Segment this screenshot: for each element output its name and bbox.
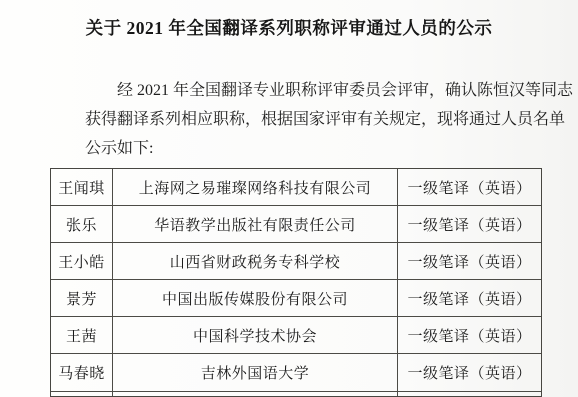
document-title: 关于 2021 年全国翻译系列职称评审通过人员的公示 — [0, 15, 578, 40]
approved-personnel-table: 王闻琪 上海网之易璀璨网络科技有限公司 一级笔译（英语） 张乐 华语教学出版社有… — [50, 168, 542, 397]
table-cell-name: 景芳 — [51, 280, 113, 317]
table-cell-name: 王闻琪 — [51, 169, 113, 206]
table-cell-organization: 吉林外国语大学 — [113, 354, 398, 391]
table-cell-title-awarded: 一级笔译（英语） — [398, 317, 541, 354]
table-cell-name: 王茜 — [51, 317, 113, 354]
table-cell-name: 马春晓 — [51, 354, 113, 391]
announcement-body: 经 2021 年全国翻译专业职称评审委员会评审，确认陈恒汉等同志 获得翻译系列相… — [85, 76, 505, 163]
table-partial-row-cell — [398, 392, 541, 396]
table-cell-organization: 中国科学技术协会 — [113, 317, 398, 354]
table-cell-title-awarded: 一级笔译（英语） — [398, 243, 541, 280]
scanned-announcement-page: 关于 2021 年全国翻译系列职称评审通过人员的公示 经 2021 年全国翻译专… — [0, 0, 578, 397]
table-cell-name: 王小皓 — [51, 243, 113, 280]
paragraph-line-2: 获得翻译系列相应职称，根据国家评审有关规定，现将通过人员名单 — [85, 105, 505, 134]
table-cell-organization: 上海网之易璀璨网络科技有限公司 — [113, 169, 398, 206]
table-cell-organization: 华语教学出版社有限责任公司 — [113, 206, 398, 243]
table-cell-name: 张乐 — [51, 206, 113, 243]
table-cell-title-awarded: 一级笔译（英语） — [398, 206, 541, 243]
table-cell-organization: 中国出版传媒股份有限公司 — [113, 280, 398, 317]
table-partial-row-cell — [113, 392, 398, 396]
table-cell-title-awarded: 一级笔译（英语） — [398, 354, 541, 391]
table-partial-row-cell — [51, 392, 113, 396]
paragraph-line-3: 公示如下: — [85, 134, 505, 163]
table-cell-title-awarded: 一级笔译（英语） — [398, 280, 541, 317]
table-cell-title-awarded: 一级笔译（英语） — [398, 169, 541, 206]
table-cell-organization: 山西省财政税务专科学校 — [113, 243, 398, 280]
paragraph-line-1: 经 2021 年全国翻译专业职称评审委员会评审，确认陈恒汉等同志 — [85, 76, 505, 105]
